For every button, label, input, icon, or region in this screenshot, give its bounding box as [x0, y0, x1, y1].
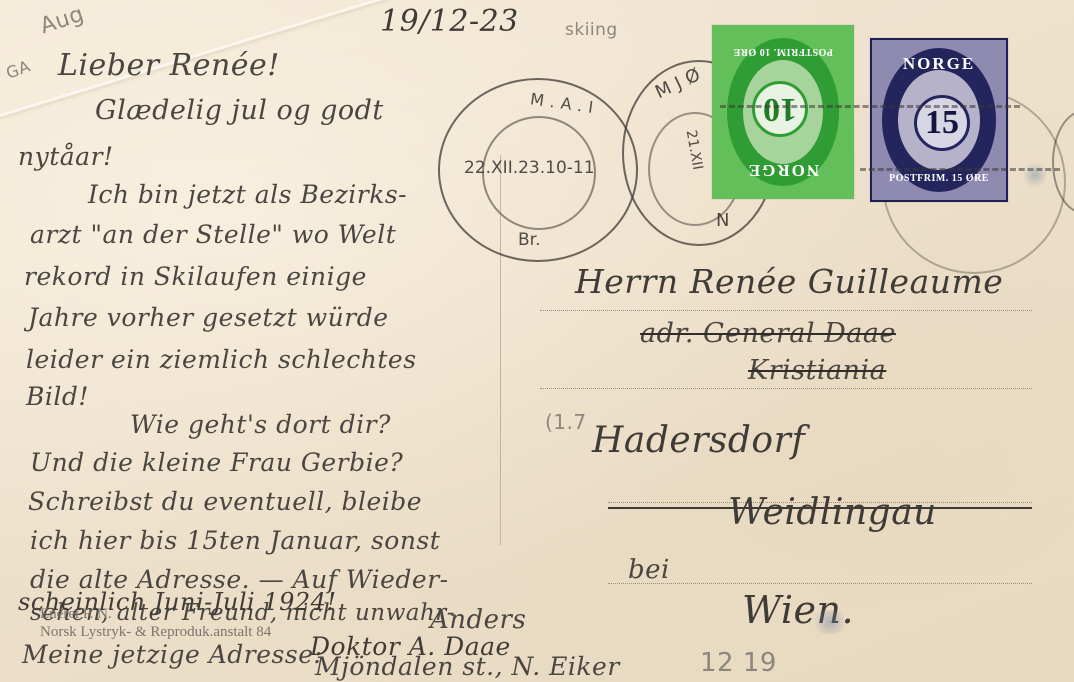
message-line: Schreibst du eventuell, bleibe [28, 487, 422, 516]
address-town: Hadersdorf [592, 420, 805, 461]
pencil-note-top-center: skiing [565, 20, 618, 40]
postcard: Aug GA skiing (1.7 12 19 19/12-23 Lieber… [0, 0, 1074, 682]
message-line: Jahre vorher gesetzt würde [28, 303, 389, 332]
cancellation-bar [720, 105, 1020, 108]
signature-place: Mjöndalen st., N. Eiker [315, 652, 620, 681]
message-line: rekord in Skilaufen einige [24, 262, 367, 291]
stamp-value: 15 [914, 95, 970, 151]
pencil-note-bottom-right: 12 19 [700, 648, 777, 678]
address-rule [540, 310, 1032, 311]
message-line: Wie geht's dort dir? [130, 410, 391, 439]
postmark-circular-date-stamp: M.A.I 22.XII.23.10-11 Br. [438, 78, 638, 262]
message-line: Und die kleine Frau Gerbie? [30, 448, 403, 477]
postmark-town: M.A.I [529, 89, 600, 117]
postmark-suffix: Br. [518, 230, 541, 250]
address-bei: bei [628, 555, 670, 585]
printer-imprint-line1: Eneret P. N. [40, 606, 112, 623]
postmark-town: MJØ [652, 62, 709, 103]
address-district: Weidlingau [728, 492, 937, 533]
stamp-inscription: POSTFRIM. 10 ØRE [727, 46, 839, 57]
signature-name: Anders [430, 605, 526, 635]
address-rule [540, 388, 1032, 389]
stamp-value: 10 [752, 81, 808, 137]
ink-smudge [810, 610, 850, 634]
address-struck-line: adr. General Daae [640, 318, 896, 349]
pencil-note-left-margin: GA [3, 56, 32, 82]
postmark-date: 22.XII.23.10-11 [464, 158, 595, 178]
stamp-10-ore-inverted: NORGE 10 POSTFRIM. 10 ØRE [712, 25, 854, 199]
message-line: Bild! [26, 382, 89, 411]
message-line: Glædelig jul og godt [95, 95, 384, 126]
message-line: leider ein ziemlich schlechtes [26, 345, 417, 374]
letter-date: 19/12-23 [380, 4, 519, 39]
postmark-suffix: N [716, 210, 729, 231]
stamp-inscription: POSTFRIM. 15 ØRE [882, 173, 996, 184]
ink-smudge [1024, 160, 1046, 190]
message-line: Meine jetzige Adresse: [22, 640, 322, 669]
message-line: Ich bin jetzt als Bezirks- [88, 180, 407, 209]
address-struck-city: Kristiania [748, 355, 886, 386]
pencil-note-top-left: Aug [37, 2, 87, 40]
message-line: Lieber Renée! [58, 48, 280, 83]
pencil-note-address-margin: (1.7 [545, 410, 587, 434]
message-line: arzt "an der Stelle" wo Welt [30, 220, 396, 249]
message-line: ich hier bis 15ten Januar, sonst [30, 526, 440, 555]
stamp-country: NORGE [882, 54, 996, 74]
address-recipient-name: Herrn Renée Guilleaume [575, 262, 1003, 301]
printer-imprint-line2: Norsk Lystryk- & Reproduk.anstalt 84 [40, 624, 271, 641]
address-rule [608, 583, 1032, 584]
stamp-15-ore: NORGE 15 POSTFRIM. 15 ØRE [870, 38, 1008, 202]
message-line: nytåar! [18, 142, 114, 171]
stamp-country: NORGE [727, 160, 839, 180]
